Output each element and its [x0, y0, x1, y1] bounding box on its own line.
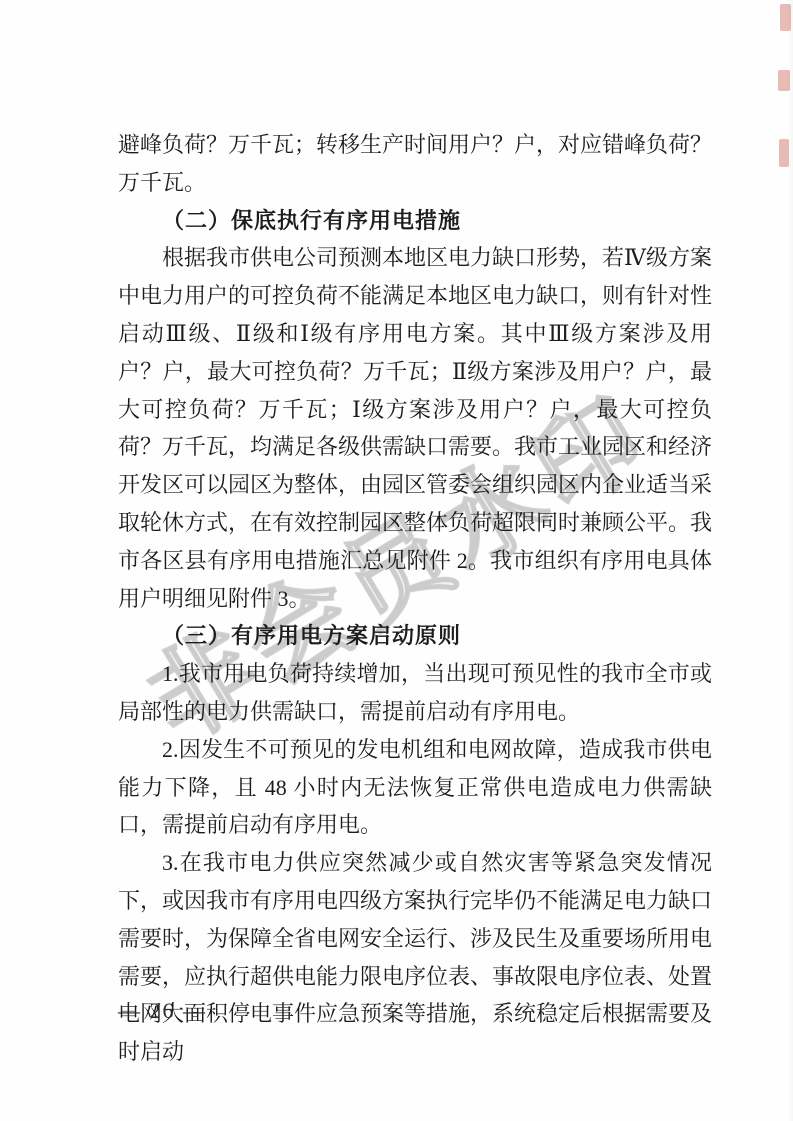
paragraph: 根据我市供电公司预测本地区电力缺口形势，若Ⅳ级方案中电力用户的可控负荷不能满足本… [118, 239, 712, 617]
scan-edge-mark [779, 139, 789, 167]
section-heading-2: （二）保底执行有序用电措施 [118, 202, 712, 240]
section-heading-3: （三）有序用电方案启动原则 [118, 617, 712, 655]
paragraph-item-1: 1.我市用电负荷持续增加，当出现可预见性的我市全市或局部性的电力供需缺口，需提前… [118, 655, 712, 731]
scanned-document-page: 非会员水印 避峰负荷？万千瓦；转移生产时间用户？户，对应错峰负荷？万千瓦。 （二… [0, 0, 793, 1121]
scan-edge-mark [780, 4, 791, 31]
page-number: — 26 — [118, 998, 207, 1024]
paragraph-continuation: 避峰负荷？万千瓦；转移生产时间用户？户，对应错峰负荷？万千瓦。 [118, 126, 712, 202]
document-body: 避峰负荷？万千瓦；转移生产时间用户？户，对应错峰负荷？万千瓦。 （二）保底执行有… [118, 126, 712, 1071]
paragraph-item-2: 2.因发生不可预见的发电机组和电网故障，造成我市供电能力下降，且 48 小时内无… [118, 731, 712, 844]
paragraph-item-3: 3.在我市电力供应突然减少或自然灾害等紧急突发情况下，或因我市有序用电四级方案执… [118, 844, 712, 1071]
scan-edge-mark [778, 70, 790, 91]
